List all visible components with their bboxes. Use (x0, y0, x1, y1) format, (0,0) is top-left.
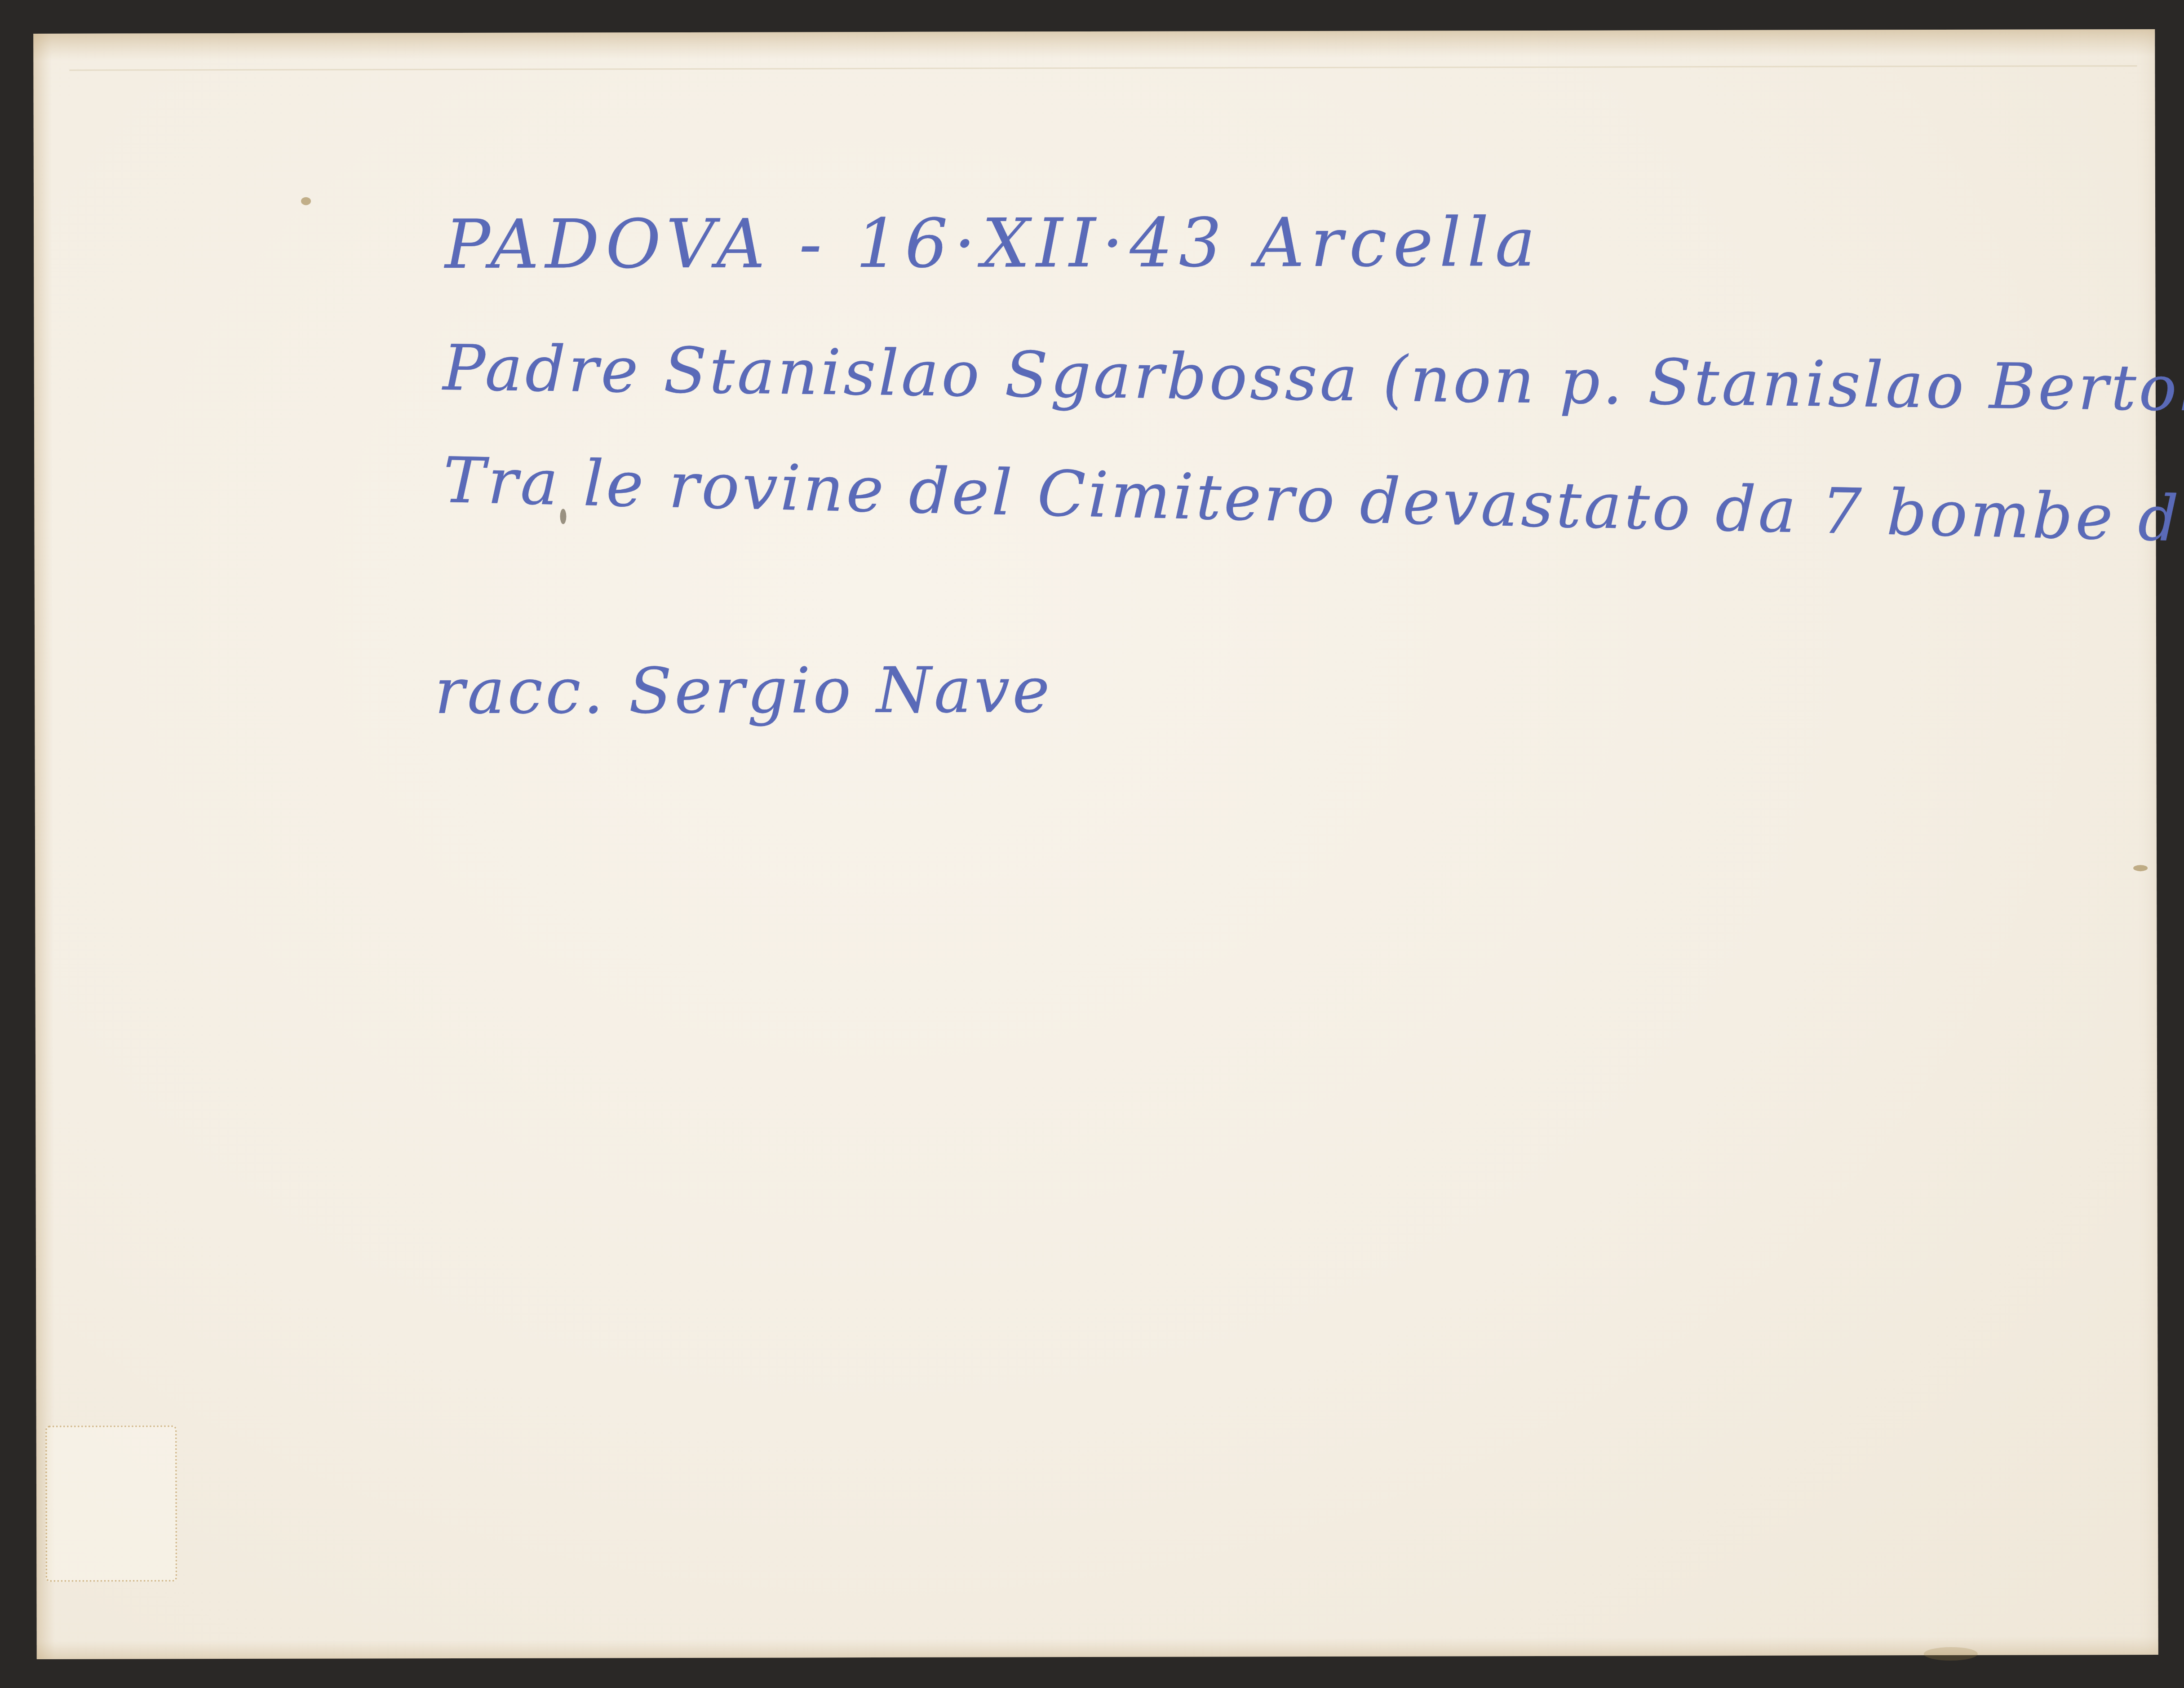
edge-stain (37, 1637, 2158, 1659)
edge-stain (33, 34, 55, 1659)
photo-back-paper: PADOVA - 16·XII·43 Arcella Padre Stanisl… (33, 29, 2158, 1659)
scan-background: PADOVA - 16·XII·43 Arcella Padre Stanisl… (0, 0, 2184, 1688)
crease-line (69, 65, 2137, 71)
handwritten-collection-credit: racc. Sergio Nave (434, 654, 1052, 728)
tape-residue-mark (45, 1425, 177, 1582)
stain-mark (2133, 865, 2148, 871)
stain-mark (301, 197, 311, 205)
edge-stain (33, 29, 2155, 61)
stain-mark (1924, 1647, 1978, 1661)
handwritten-description: Tra le rovine del Cimitero devastato da … (442, 444, 2184, 561)
handwritten-subject: Padre Stanislao Sgarbossa (non p. Stanis… (443, 332, 2184, 432)
handwritten-place-date: PADOVA - 16·XII·43 Arcella (445, 204, 1542, 284)
